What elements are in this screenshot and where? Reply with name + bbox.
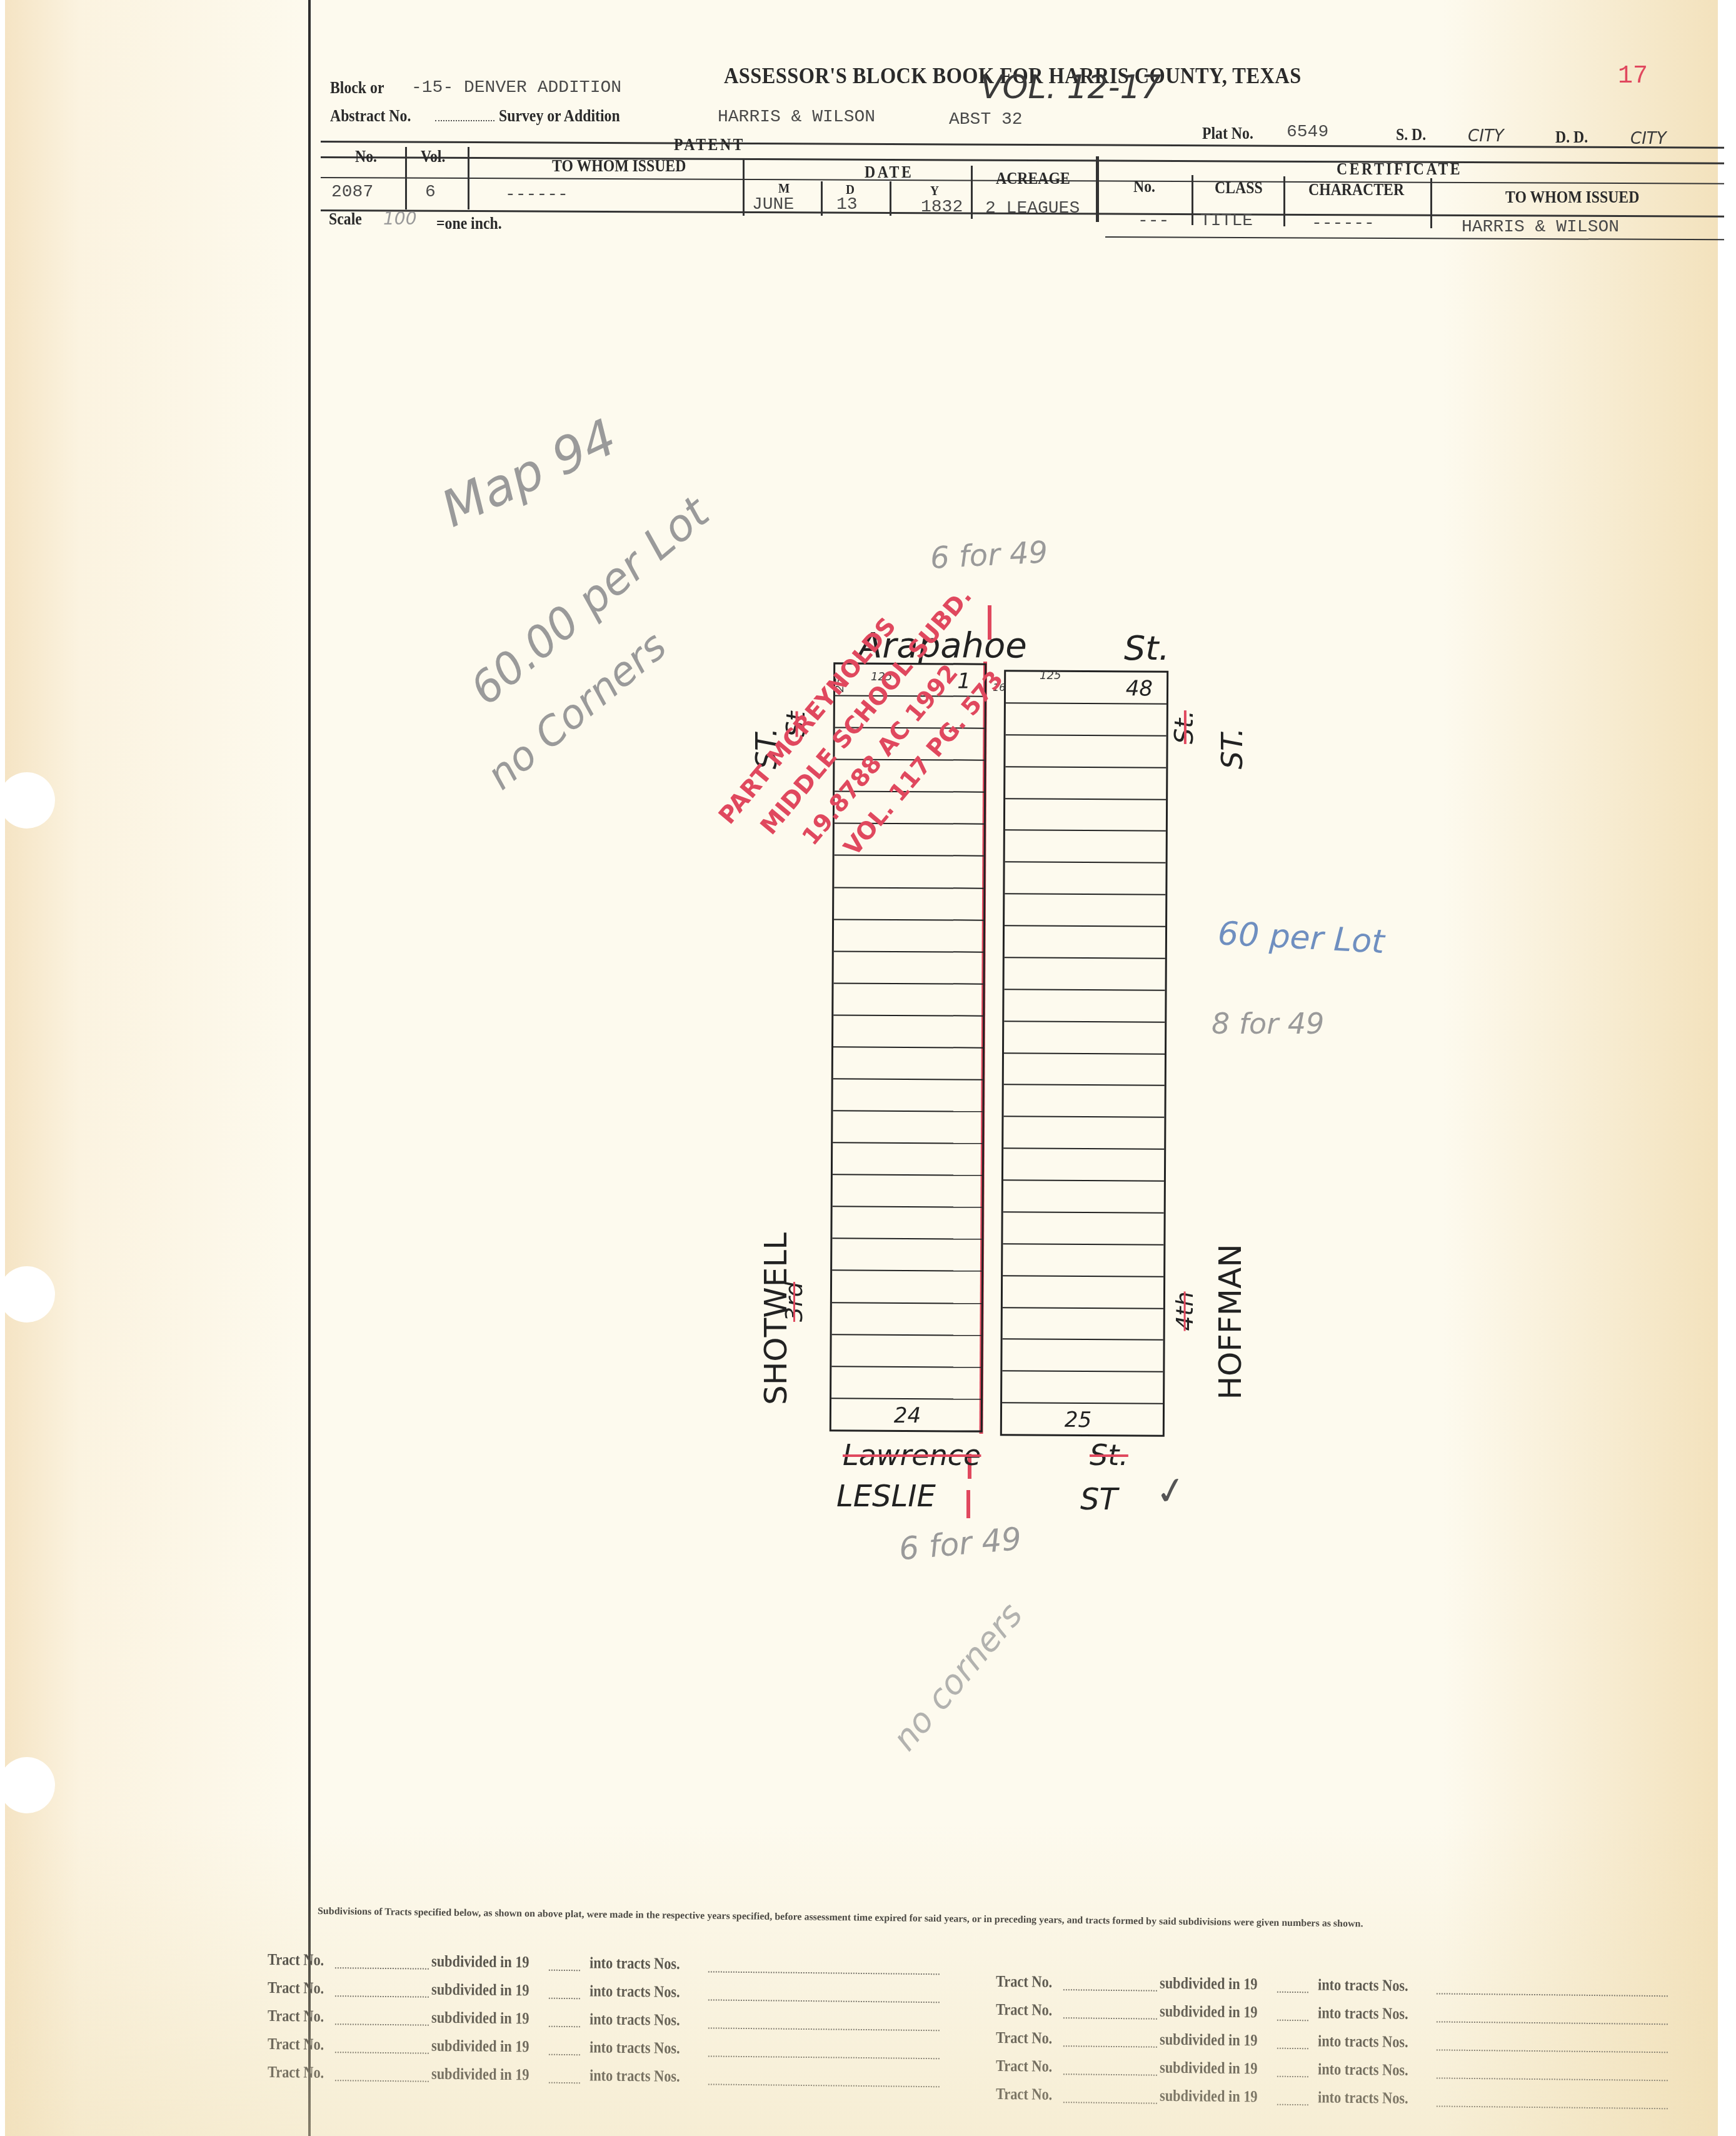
certificate-col-to-whom: TO WHOM ISSUED xyxy=(1505,188,1639,207)
subdivided-label: subdivided in 19 xyxy=(431,2037,529,2057)
tract-no-field[interactable] xyxy=(335,2052,429,2054)
plat-lot xyxy=(831,1335,981,1368)
plat-block-east: 4825 xyxy=(1000,670,1168,1436)
tract-no-label: Tract No. xyxy=(996,1972,1053,1992)
tract-no-label: Tract No. xyxy=(268,2007,324,2026)
col-divider xyxy=(1430,178,1432,228)
patent-col-vol: Vol. xyxy=(421,147,445,166)
plat-lot xyxy=(834,888,983,920)
pencil-note-bottom-corners: no corners xyxy=(885,1595,1030,1758)
binder-hole xyxy=(0,1757,55,1813)
street-east-old-suffix: St. xyxy=(1170,710,1199,744)
plat-value: 6549 xyxy=(1287,123,1328,142)
plat-lot xyxy=(832,1239,981,1272)
tract-no-field[interactable] xyxy=(1063,2102,1157,2104)
plat-lot: 48 xyxy=(1006,672,1167,704)
certificate-class-value: TITLE xyxy=(1200,211,1253,231)
street-south-old: Lawrence xyxy=(843,1438,981,1472)
sd-value: CITY xyxy=(1468,127,1504,146)
pencil-note-bottom: 6 for 49 xyxy=(898,1521,1023,1568)
subdivided-year-field[interactable] xyxy=(549,1970,580,1972)
certificate-col-character: CHARACTER xyxy=(1308,180,1404,199)
plat-lot xyxy=(1005,958,1165,990)
tract-no-field[interactable] xyxy=(335,2023,429,2026)
subdivided-label: subdivided in 19 xyxy=(1160,2058,1258,2078)
binder-hole xyxy=(0,772,55,829)
pencil-note-map: Map 94 xyxy=(433,408,625,538)
tract-no-label: Tract No. xyxy=(268,1950,324,1970)
plat-lot xyxy=(1005,863,1165,895)
volume-note: VOL. 12-17 xyxy=(980,69,1162,106)
col-divider xyxy=(890,181,891,216)
plat-lot xyxy=(1004,1054,1165,1086)
abstract-number: ABST 32 xyxy=(949,110,1023,129)
plat-lot xyxy=(833,1144,982,1176)
plat-lot xyxy=(1002,1340,1163,1373)
tract-no-field[interactable] xyxy=(335,1967,429,1970)
plat-lot xyxy=(1003,1308,1163,1341)
col-divider xyxy=(743,159,745,216)
patent-col-date: DATE xyxy=(865,163,913,182)
abstract-field xyxy=(435,120,494,121)
plat-lot xyxy=(833,1079,982,1112)
plat-lot xyxy=(1004,1022,1165,1054)
subdivided-label: subdivided in 19 xyxy=(1160,2002,1258,2022)
street-east-old: 4th xyxy=(1171,1291,1198,1331)
subdivision-instructions: Subdivisions of Tracts specified below, … xyxy=(268,1904,1668,1935)
patent-col-acreage: ACREAGE xyxy=(996,169,1070,188)
into-tracts-label: into tracts Nos. xyxy=(1318,2060,1408,2080)
plat-lot xyxy=(1003,1212,1163,1245)
block-label: Block or xyxy=(330,78,384,98)
subdivided-year-field[interactable] xyxy=(549,2054,580,2056)
street-east-suffix: ST. xyxy=(1215,728,1249,769)
patent-year-value: 1832 xyxy=(921,198,963,217)
tract-no-field[interactable] xyxy=(335,1995,429,1998)
plat-lot xyxy=(1005,735,1166,768)
tract-no-field[interactable] xyxy=(1063,1989,1157,1992)
certificate-to-whom-value: HARRIS & WILSON xyxy=(1462,218,1619,237)
dd-label: D. D. xyxy=(1555,128,1588,147)
scale-value: 100 xyxy=(383,208,416,229)
header-rule xyxy=(321,141,1724,149)
tract-no-label: Tract No. xyxy=(996,2057,1053,2076)
survey-value: HARRIS & WILSON xyxy=(718,108,875,127)
into-tracts-label: into tracts Nos. xyxy=(1318,2003,1408,2023)
plat-lot xyxy=(1006,703,1167,736)
plat-lot xyxy=(834,920,983,952)
into-tracts-label: into tracts Nos. xyxy=(590,1953,680,1973)
into-tracts-label: into tracts Nos. xyxy=(1318,2032,1408,2052)
plat-lot xyxy=(1003,1276,1163,1309)
plat-lot xyxy=(1005,799,1166,832)
binder-hole xyxy=(0,1266,55,1322)
certificate-no-value: --- xyxy=(1138,211,1169,231)
patent-to-whom-value: ------ xyxy=(505,185,568,204)
into-tracts-field[interactable] xyxy=(708,1999,940,2003)
patent-col-no: No. xyxy=(355,147,377,166)
into-tracts-field[interactable] xyxy=(708,2055,940,2059)
checkmark-icon: ✓ xyxy=(1151,1467,1190,1516)
margin-rule xyxy=(308,0,311,2136)
into-tracts-field[interactable] xyxy=(1437,2049,1668,2053)
plat-lot xyxy=(833,1176,982,1208)
scale-label: Scale xyxy=(329,209,362,229)
street-south-new-suffix: ST xyxy=(1080,1482,1118,1517)
table-top-rule xyxy=(321,156,1724,164)
plat-lot xyxy=(834,952,983,984)
patent-col-to-whom: TO WHOM ISSUED xyxy=(552,156,686,176)
plat-lot xyxy=(833,1047,983,1080)
assessor-block-book-page: ASSESSOR'S BLOCK BOOK FOR HARRIS COUNTY,… xyxy=(5,0,1718,2136)
into-tracts-field[interactable] xyxy=(708,2027,940,2031)
lot-depth-label-east: 125 xyxy=(1040,669,1061,682)
col-divider xyxy=(405,147,407,209)
into-tracts-label: into tracts Nos. xyxy=(590,2010,680,2030)
lot-number: 25 xyxy=(1065,1408,1091,1433)
street-south-new: LESLIE xyxy=(836,1479,936,1514)
subdivided-label: subdivided in 19 xyxy=(431,1980,529,2000)
street-west-old: 3rd xyxy=(780,1282,808,1322)
into-tracts-field[interactable] xyxy=(708,1971,940,1975)
pencil-note-right: 8 for 49 xyxy=(1212,1007,1324,1040)
corner-page-mark: 17 xyxy=(1618,63,1648,91)
into-tracts-label: into tracts Nos. xyxy=(1318,2088,1408,2108)
tract-rows-left: Tract No.subdivided in 19into tracts Nos… xyxy=(268,1948,943,2088)
patent-no-value: 2087 xyxy=(331,183,373,202)
plat-lot xyxy=(832,1271,981,1304)
into-tracts-label: into tracts Nos. xyxy=(590,2066,680,2086)
patent-col-year: Y xyxy=(930,183,939,199)
subdivided-label: subdivided in 19 xyxy=(1160,2087,1258,2107)
tract-no-field[interactable] xyxy=(1063,2073,1157,2076)
subdivided-label: subdivided in 19 xyxy=(431,1952,529,1972)
subdivided-year-field[interactable] xyxy=(1277,2020,1308,2022)
scale-suffix: =one inch. xyxy=(436,214,502,233)
pencil-note-top: 6 for 49 xyxy=(930,535,1049,576)
street-north-suffix: St. xyxy=(1124,628,1170,668)
tract-no-label: Tract No. xyxy=(268,1978,324,1998)
street-south-old-suffix: St. xyxy=(1090,1438,1128,1472)
plat-lot: 25 xyxy=(1002,1403,1163,1434)
subdivided-year-field[interactable] xyxy=(1277,2076,1308,2078)
plat-lot xyxy=(833,1111,982,1144)
subdivided-year-field[interactable] xyxy=(1277,2104,1308,2106)
survey-label: Survey or Addition xyxy=(499,106,620,126)
street-east-new: HOFFMAN xyxy=(1212,1244,1248,1399)
into-tracts-field[interactable] xyxy=(1437,2077,1668,2081)
col-divider xyxy=(468,147,469,209)
plat-lot: 24 xyxy=(831,1399,981,1430)
plat-lot xyxy=(1003,1149,1164,1181)
certificate-bottom-rule xyxy=(1105,236,1724,240)
lot-number: 24 xyxy=(894,1403,921,1428)
plat-lot xyxy=(833,1015,983,1048)
lot-number: 48 xyxy=(1126,676,1153,701)
certificate-section-label: CERTIFICATE xyxy=(1337,159,1462,179)
sd-label: S. D. xyxy=(1396,125,1426,144)
tract-no-label: Tract No. xyxy=(268,2063,324,2082)
col-divider xyxy=(1283,176,1285,226)
into-tracts-field[interactable] xyxy=(1437,2105,1668,2109)
subdivided-year-field[interactable] xyxy=(1277,2048,1308,2050)
subdivided-year-field[interactable] xyxy=(549,2082,580,2084)
patent-section-label: PATENT xyxy=(674,135,745,154)
into-tracts-label: into tracts Nos. xyxy=(1318,1975,1408,1995)
plat-lot xyxy=(832,1207,981,1240)
col-divider xyxy=(821,181,823,216)
plat-lot xyxy=(1005,926,1165,959)
plat-lot xyxy=(832,1303,981,1336)
subdivided-label: subdivided in 19 xyxy=(431,2065,529,2085)
into-tracts-field[interactable] xyxy=(1437,2021,1668,2025)
subdivided-year-field[interactable] xyxy=(549,1998,580,2000)
tract-no-label: Tract No. xyxy=(996,2085,1053,2104)
plat-lot xyxy=(831,1367,981,1399)
tract-no-field[interactable] xyxy=(1063,2017,1157,2020)
tract-no-field[interactable] xyxy=(1063,2045,1157,2048)
tract-no-label: Tract No. xyxy=(268,2035,324,2054)
plat-lot xyxy=(1003,1086,1164,1118)
patent-day-value: 13 xyxy=(836,195,858,214)
plat-lot xyxy=(1004,990,1165,1022)
plat-label: Plat No. xyxy=(1202,124,1253,143)
col-divider xyxy=(971,166,973,219)
into-tracts-field[interactable] xyxy=(708,2083,940,2087)
subdivided-label: subdivided in 19 xyxy=(431,2008,529,2028)
patent-col-month: M xyxy=(778,180,790,196)
certificate-col-class: CLASS xyxy=(1215,178,1263,198)
patent-month-value: JUNE xyxy=(752,195,794,214)
subdivided-year-field[interactable] xyxy=(549,2026,580,2028)
subdivided-year-field[interactable] xyxy=(1277,1992,1308,1993)
tract-no-label: Tract No. xyxy=(996,2028,1053,2048)
col-divider xyxy=(1192,175,1193,225)
patent-acreage-value: 2 LEAGUES xyxy=(985,199,1080,218)
block-value: -15- DENVER ADDITION xyxy=(411,78,621,98)
subdivided-label: subdivided in 19 xyxy=(1160,2030,1258,2050)
alley-red-line-bottom xyxy=(966,1490,970,1518)
section-divider xyxy=(1096,156,1099,222)
plat-lot xyxy=(1005,831,1166,864)
into-tracts-label: into tracts Nos. xyxy=(590,2038,680,2058)
plat-lot xyxy=(833,984,983,1016)
abstract-label: Abstract No. xyxy=(330,106,411,126)
certificate-character-value: ------ xyxy=(1312,214,1375,233)
plat-lot xyxy=(1003,1117,1164,1150)
into-tracts-label: into tracts Nos. xyxy=(590,1982,680,2002)
certificate-col-no: No. xyxy=(1133,177,1155,196)
tract-no-label: Tract No. xyxy=(996,2000,1053,2020)
plat-lot xyxy=(1005,767,1166,800)
plat-lot xyxy=(1002,1372,1163,1404)
into-tracts-field[interactable] xyxy=(1437,1993,1668,1997)
blue-pencil-note: 60 per Lot xyxy=(1217,915,1386,961)
tract-rows-right: Tract No.subdivided in 19into tracts Nos… xyxy=(996,1970,1671,2110)
plat-lot xyxy=(1003,1244,1163,1277)
plat-lot xyxy=(1003,1181,1164,1213)
patent-vol-value: 6 xyxy=(425,183,436,202)
dd-value: CITY xyxy=(1630,129,1667,148)
plat-lot xyxy=(1005,894,1165,927)
tract-no-field[interactable] xyxy=(335,2080,429,2082)
subdivided-label: subdivided in 19 xyxy=(1160,1974,1258,1994)
